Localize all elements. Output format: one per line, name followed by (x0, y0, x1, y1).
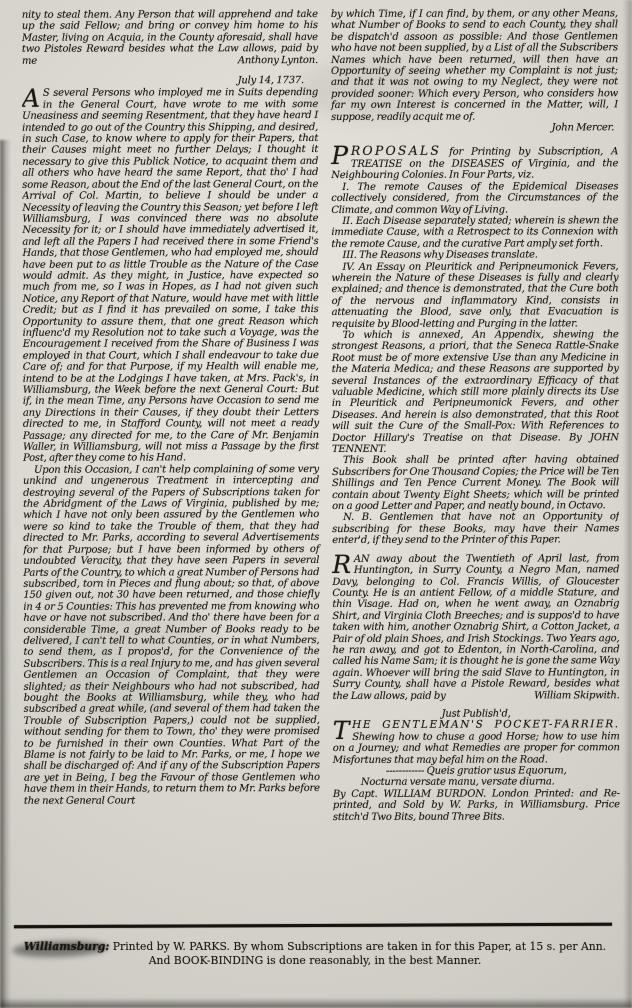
latin-quote-line-2: Nocturna versate manu, versate diurna. (333, 777, 620, 789)
proposals-appendix: To which is annexed, An Appendix, shewin… (332, 329, 619, 455)
proposals-title-tail: for Printing by Subscription, (441, 147, 603, 158)
book-colophon: By Capt. WILLIAM BURDON. London Printed:… (333, 788, 620, 823)
newspaper-page: nity to steal them. Any Person that will… (0, 0, 632, 1008)
proposals-heading: PROPOSALS for Printing by Subscription, … (331, 145, 618, 182)
book-description: Shewing how to chuse a good Horse; how t… (333, 731, 620, 766)
runaway-text: AN away about the Twentieth of April las… (332, 553, 619, 702)
mercer-text-1: S several Persons who imployed me in Sui… (22, 87, 319, 464)
drop-cap-a: A (22, 88, 43, 109)
left-column: nity to steal them. Any Person that will… (22, 9, 320, 922)
proposals-advertisement: PROPOSALS for Printing by Subscription, … (331, 145, 619, 547)
signature-anthony-lynton: Anthony Lynton. (22, 55, 318, 67)
runaway-body: RAN away about the Twentieth of April la… (332, 553, 619, 702)
book-advertisement: Just Publish'd, THE GENTLEMAN'S POCKET-F… (333, 708, 620, 823)
runaway-notice-lynton: nity to steal them. Any Person that will… (22, 9, 318, 67)
mercer-paragraph-2: Upon this Occasion, I can't help complai… (23, 464, 320, 807)
mercer-notice-continued: by which Time, if I can find, by them, o… (331, 8, 618, 134)
imprint-line2: And BOOK-BINDING is done reasonably, in … (149, 954, 482, 967)
proposals-title-caps: ROPOSALS (351, 143, 441, 158)
mercer-paragraph-1: AS several Persons who imployed me in Su… (22, 87, 319, 464)
mercer-notice: AS several Persons who imployed me in Su… (22, 87, 320, 806)
drop-cap-r: R (332, 554, 354, 575)
scan-edge-bottom (0, 998, 632, 1008)
proposals-printing-terms: This Book shall be printed after having … (332, 455, 619, 513)
proposals-item-1: I. The remote Causes of the Epidemical D… (331, 181, 618, 216)
proposals-item-3: III. The Reasons why Diseases translate. (331, 249, 618, 261)
right-column: by which Time, if I can find, by them, o… (331, 8, 620, 921)
imprint-footer: Williamsburg: Printed by W. PARKS. By wh… (0, 924, 632, 994)
runaway-notice-skipwith: RAN away about the Twentieth of April la… (332, 553, 619, 702)
latin-quote-line-1: ------------ Queis gratior usus Equorum, (333, 765, 620, 777)
text-columns: nity to steal them. Any Person that will… (22, 8, 620, 922)
mercer-continued-body: by which Time, if I can find, by them, o… (331, 8, 618, 123)
proposals-item-2: II. Each Disease separately stated; wher… (331, 215, 618, 250)
mercer-continued-text: by which Time, if I can find, by them, o… (331, 8, 618, 122)
scan-edge-right (623, 0, 632, 1008)
footer-rule (14, 923, 612, 929)
signature-john-mercer: John Mercer. (331, 122, 618, 134)
drop-cap-p: P (331, 145, 351, 166)
scan-edge-left (0, 140, 11, 1008)
imprint-line1: Printed by W. PARKS. By whom Subscriptio… (109, 940, 606, 953)
drop-cap-t: T (333, 720, 353, 741)
proposals-item-4: IV. An Essay on Pleuritick and Peripneum… (331, 261, 618, 330)
mercer-text-2: Upon this Occasion, I can't help complai… (23, 464, 320, 807)
book-title-caps: HE GENTLEMAN'S POCKET-FARRIER. (352, 719, 620, 732)
proposals-nota-bene: N. B. Gentlemen that have not an Opportu… (332, 512, 619, 547)
book-title-paragraph: THE GENTLEMAN'S POCKET-FARRIER. Shewing … (333, 720, 620, 766)
dateline: July 14, 1737. (22, 75, 318, 87)
